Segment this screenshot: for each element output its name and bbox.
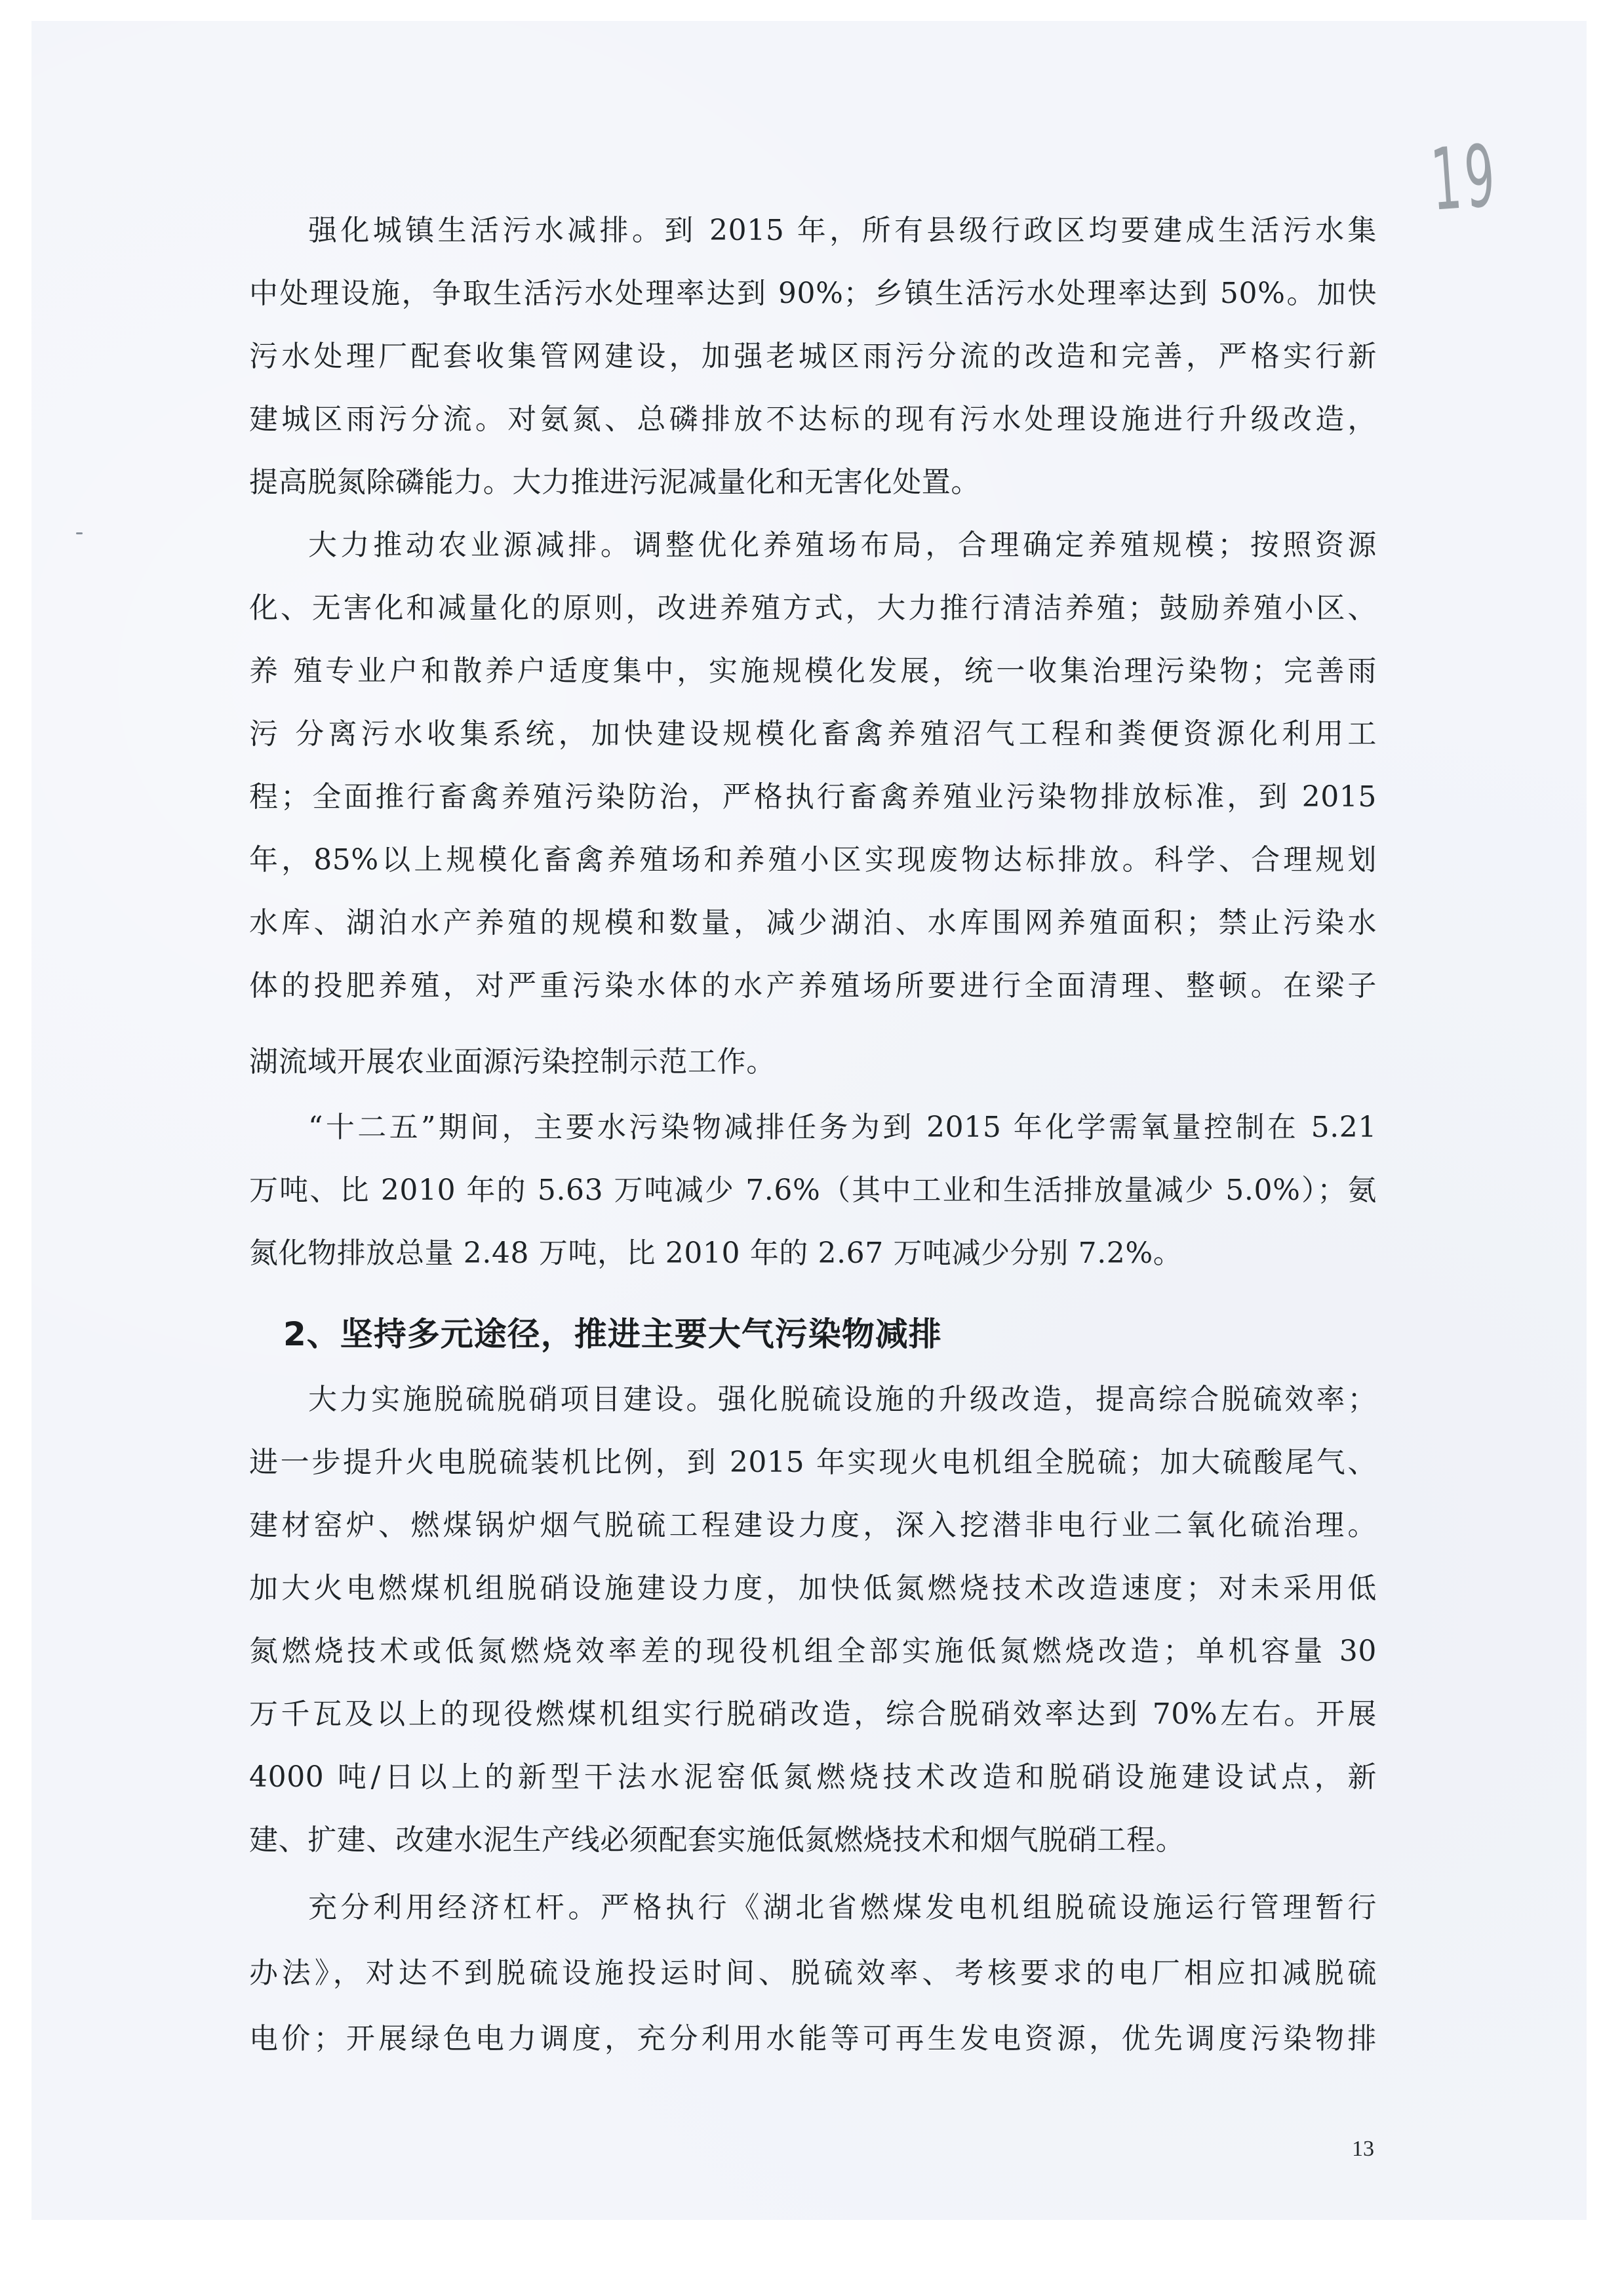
paragraph-line: 大力推动农业源减排。调整优化养殖场布局，合理确定养殖规模；按照资源 <box>308 526 1377 565</box>
handwritten-page-mark: 19 <box>1428 127 1501 229</box>
paragraph-line: 湖流域开展农业面源污染控制示范工作。 <box>249 1042 1377 1082</box>
paragraph-line: 大力实施脱硫脱硝项目建设。强化脱硫设施的升级改造，提高综合脱硫效率； <box>308 1380 1377 1419</box>
paragraph-line: 办法》，对达不到脱硫设施投运时间、脱硫效率、考核要求的电厂相应扣减脱硫 <box>249 1954 1377 1993</box>
paragraph-line: 建、扩建、改建水泥生产线必须配套实施低氮燃烧技术和烟气脱硝工程。 <box>249 1821 1377 1860</box>
paragraph-line: 万千瓦及以上的现役燃煤机组实行脱硝改造，综合脱硝效率达到 70%左右。开展 <box>249 1695 1377 1734</box>
paragraph-line: 提高脱氮除磷能力。大力推进污泥减量化和无害化处置。 <box>249 463 1377 502</box>
paragraph-line: “十二五”期间，主要水污染物减排任务为到 2015 年化学需氧量控制在 5.21 <box>308 1108 1377 1147</box>
paragraph-line: 养 殖专业户和散养户适度集中，实施规模化发展，统一收集治理污染物；完善雨 <box>249 652 1377 691</box>
page-number: 13 <box>1352 2136 1374 2162</box>
paragraph-line: 水库、湖泊水产养殖的规模和数量，减少湖泊、水库围网养殖面积；禁止污染水 <box>249 903 1377 943</box>
paragraph-line: 万吨、比 2010 年的 5.63 万吨减少 7.6%（其中工业和生活排放量减少… <box>249 1171 1377 1210</box>
paragraph-line: 进一步提升火电脱硫装机比例，到 2015 年实现火电机组全脱硫；加大硫酸尾气、 <box>249 1443 1377 1482</box>
paragraph-line: 污水处理厂配套收集管网建设，加强老城区雨污分流的改造和完善，严格实行新 <box>249 337 1377 376</box>
paragraph-line: 中处理设施，争取生活污水处理率达到 90%；乡镇生活污水处理率达到 50%。加快 <box>249 274 1377 313</box>
paragraph-line: 程；全面推行畜禽养殖污染防治，严格执行畜禽养殖业污染物排放标准，到 2015 <box>249 778 1377 817</box>
section-heading: 2、坚持多元途径，推进主要大气污染物减排 <box>283 1311 1136 1357</box>
paragraph-line: 污 分离污水收集系统，加快建设规模化畜禽养殖沼气工程和粪便资源化利用工 <box>249 715 1377 754</box>
paragraph-line: 建城区雨污分流。对氨氮、总磷排放不达标的现有污水处理设施进行升级改造， <box>249 400 1377 439</box>
paragraph-line: 电价；开展绿色电力调度，充分利用水能等可再生发电资源，优先调度污染物排 <box>249 2019 1377 2059</box>
scan-speck <box>76 532 83 534</box>
paragraph-line: 4000 吨/日以上的新型干法水泥窑低氮燃烧技术改造和脱硝设施建设试点，新 <box>249 1758 1377 1797</box>
paragraph-line: 强化城镇生活污水减排。到 2015 年，所有县级行政区均要建成生活污水集 <box>308 211 1377 250</box>
paragraph-line: 化、无害化和减量化的原则，改进养殖方式，大力推行清洁养殖；鼓励养殖小区、 <box>249 589 1377 628</box>
paragraph-line: 建材窑炉、燃煤锅炉烟气脱硫工程建设力度，深入挖潜非电行业二氧化硫治理。 <box>249 1506 1377 1545</box>
paragraph-line: 氮燃烧技术或低氮燃烧效率差的现役机组全部实施低氮燃烧改造；单机容量 30 <box>249 1632 1377 1671</box>
paragraph-line: 氮化物排放总量 2.48 万吨，比 2010 年的 2.67 万吨减少分别 7.… <box>249 1234 1377 1273</box>
paragraph-line: 体的投肥养殖，对严重污染水体的水产养殖场所要进行全面清理、整顿。在梁子 <box>249 966 1377 1006</box>
paragraph-line: 充分利用经济杠杆。严格执行《湖北省燃煤发电机组脱硫设施运行管理暂行 <box>308 1888 1377 1928</box>
paragraph-line: 加大火电燃煤机组脱硝设施建设力度，加快低氮燃烧技术改造速度；对未采用低 <box>249 1569 1377 1608</box>
paragraph-line: 年，85%以上规模化畜禽养殖场和养殖小区实现废物达标排放。科学、合理规划 <box>249 841 1377 880</box>
